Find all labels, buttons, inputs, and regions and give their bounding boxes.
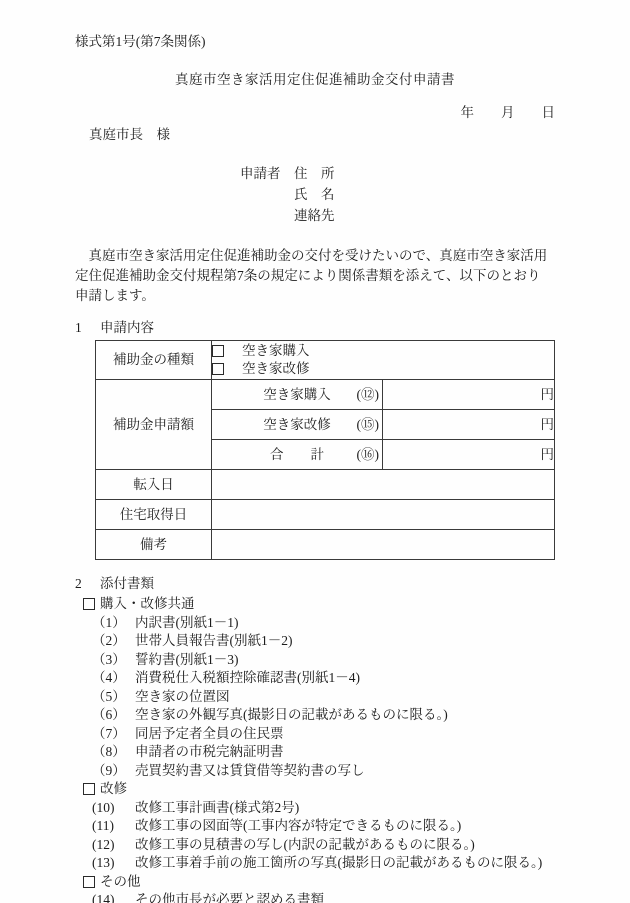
- amount-item-name: 合 計: [270, 447, 324, 462]
- amount-item-name: 空き家改修: [263, 417, 331, 432]
- item-number: （7）: [92, 725, 135, 744]
- item-text: 空き家の位置図: [135, 688, 230, 707]
- item-text: 空き家の外観写真(撮影日の記載があるものに限る。): [135, 706, 448, 725]
- amount-item-ref: (⑫): [357, 387, 380, 403]
- applicant-label: 申請者: [240, 163, 294, 226]
- section1-heading: 1申請内容: [75, 320, 555, 336]
- list-item: （7） 同居予定者全員の住民票: [92, 725, 555, 744]
- amount-input-cell-total: 円: [383, 440, 555, 470]
- item-text: 申請者の市税完納証明書: [135, 743, 284, 762]
- item-number: (14): [92, 891, 135, 903]
- acquisition-date-input-cell: [212, 500, 555, 530]
- table-row: 補助金の種類 空き家購入 空き家改修: [96, 341, 555, 380]
- list-item: （2） 世帯人員報告書(別紙1－2): [92, 632, 555, 651]
- list-item: (11) 改修工事の図面等(工事内容が特定できるものに限る。): [92, 817, 555, 836]
- remarks-input-cell: [212, 530, 555, 560]
- form-number: 様式第1号(第7条関係): [75, 34, 555, 50]
- body-line: 申請します。: [75, 286, 555, 306]
- item-text: 改修工事の見積書の写し(内訳の記載があるものに限る。): [135, 836, 475, 855]
- group-other: その他: [83, 873, 555, 892]
- applicant-block: 申請者 住 所 氏 名 連絡先: [240, 163, 555, 226]
- item-text: 同居予定者全員の住民票: [135, 725, 284, 744]
- checkbox-icon[interactable]: [212, 345, 224, 357]
- subsidy-option-label: 空き家改修: [242, 361, 310, 377]
- movein-date-label: 転入日: [96, 470, 212, 500]
- item-number: （3）: [92, 651, 135, 670]
- checkbox-icon[interactable]: [83, 783, 95, 795]
- section2-title: 添付書類: [100, 576, 154, 591]
- body-line: 定住促進補助金交付規程第7条の規定により関係書類を添えて、以下のとおり: [75, 266, 555, 286]
- acquisition-date-label: 住宅取得日: [96, 500, 212, 530]
- item-number: （5）: [92, 688, 135, 707]
- currency-unit: 円: [541, 447, 555, 462]
- checkbox-icon[interactable]: [83, 876, 95, 888]
- amount-item-name: 空き家購入: [263, 387, 331, 402]
- list-item: （9） 売買契約書又は賃貸借等契約書の写し: [92, 762, 555, 781]
- checkbox-icon[interactable]: [212, 363, 224, 375]
- amount-item-ref: (⑮): [357, 417, 380, 433]
- subsidy-option-renovation: 空き家改修: [212, 360, 554, 378]
- list-item: (12) 改修工事の見積書の写し(内訳の記載があるものに限る。): [92, 836, 555, 855]
- applicant-name-label: 氏 名: [294, 184, 335, 205]
- item-text: 誓約書(別紙1－3): [135, 651, 239, 670]
- table-row: 備考: [96, 530, 555, 560]
- section2-number: 2: [75, 576, 100, 592]
- item-number: （1）: [92, 614, 135, 633]
- list-item: （1） 内訳書(別紙1－1): [92, 614, 555, 633]
- item-text: 改修工事の図面等(工事内容が特定できるものに限る。): [135, 817, 461, 836]
- group-title-label: 購入・改修共通: [100, 595, 195, 614]
- addressee: 真庭市長 様: [89, 127, 555, 143]
- list-item: （5） 空き家の位置図: [92, 688, 555, 707]
- item-text: 改修工事着手前の施工箇所の写真(撮影日の記載があるものに限る。): [135, 854, 542, 873]
- body-line: 真庭市空き家活用定住促進補助金の交付を受けたいので、真庭市空き家活用: [75, 246, 555, 266]
- item-number: （8）: [92, 743, 135, 762]
- amount-input-cell-purchase: 円: [383, 380, 555, 410]
- table-row: 転入日: [96, 470, 555, 500]
- application-form-page: 様式第1号(第7条関係) 真庭市空き家活用定住促進補助金交付申請書 年 月 日 …: [0, 0, 630, 903]
- currency-unit: 円: [541, 387, 555, 402]
- subsidy-option-purchase: 空き家購入: [212, 342, 554, 360]
- checkbox-icon[interactable]: [83, 598, 95, 610]
- group-common: 購入・改修共通: [83, 595, 555, 614]
- amount-label: 補助金申請額: [96, 380, 212, 470]
- item-number: (10): [92, 799, 135, 818]
- list-item: (14) その他市長が必要と認める書類: [92, 891, 555, 903]
- group-renovation: 改修: [83, 780, 555, 799]
- section1-title: 申請内容: [100, 320, 154, 335]
- subsidy-type-label: 補助金の種類: [96, 341, 212, 380]
- table-row: 補助金申請額 空き家購入 (⑫) 円: [96, 380, 555, 410]
- group-title-label: その他: [100, 873, 141, 892]
- list-item: （6） 空き家の外観写真(撮影日の記載があるものに限る。): [92, 706, 555, 725]
- list-item: (10) 改修工事計画書(様式第2号): [92, 799, 555, 818]
- item-number: (13): [92, 854, 135, 873]
- group-title-label: 改修: [100, 780, 127, 799]
- item-number: （4）: [92, 669, 135, 688]
- list-item: （4） 消費税仕入税額控除確認書(別紙1－4): [92, 669, 555, 688]
- list-item: （3） 誓約書(別紙1－3): [92, 651, 555, 670]
- applicant-contact-label: 連絡先: [294, 205, 335, 226]
- amount-input-cell-renovation: 円: [383, 410, 555, 440]
- list-item: (13) 改修工事着手前の施工箇所の写真(撮影日の記載があるものに限る。): [92, 854, 555, 873]
- list-item: （8） 申請者の市税完納証明書: [92, 743, 555, 762]
- amount-item-purchase: 空き家購入 (⑫): [212, 380, 383, 410]
- item-text: 改修工事計画書(様式第2号): [135, 799, 299, 818]
- item-text: 内訳書(別紙1－1): [135, 614, 239, 633]
- item-text: 消費税仕入税額控除確認書(別紙1－4): [135, 669, 360, 688]
- applicant-fields: 住 所 氏 名 連絡先: [294, 163, 335, 226]
- table-row: 住宅取得日: [96, 500, 555, 530]
- item-number: (12): [92, 836, 135, 855]
- item-number: （9）: [92, 762, 135, 781]
- item-number: （2）: [92, 632, 135, 651]
- remarks-label: 備考: [96, 530, 212, 560]
- item-number: （6）: [92, 706, 135, 725]
- currency-unit: 円: [541, 417, 555, 432]
- attachment-list: 購入・改修共通 （1） 内訳書(別紙1－1) （2） 世帯人員報告書(別紙1－2…: [75, 595, 555, 903]
- section2-heading: 2添付書類: [75, 576, 555, 592]
- subsidy-option-label: 空き家購入: [242, 343, 310, 359]
- applicant-address-label: 住 所: [294, 163, 335, 184]
- subsidy-type-options-cell: 空き家購入 空き家改修: [212, 341, 555, 380]
- amount-item-total: 合 計 (⑯): [212, 440, 383, 470]
- application-table: 補助金の種類 空き家購入 空き家改修 補助金申請額 空き家購入 (⑫) 円: [95, 340, 555, 560]
- item-text: 売買契約書又は賃貸借等契約書の写し: [135, 762, 365, 781]
- movein-date-input-cell: [212, 470, 555, 500]
- amount-item-renovation: 空き家改修 (⑮): [212, 410, 383, 440]
- item-number: (11): [92, 817, 135, 836]
- page-title: 真庭市空き家活用定住促進補助金交付申請書: [75, 72, 555, 88]
- date-line: 年 月 日: [75, 105, 555, 121]
- item-text: 世帯人員報告書(別紙1－2): [135, 632, 293, 651]
- item-text: その他市長が必要と認める書類: [135, 891, 324, 903]
- section1-number: 1: [75, 320, 100, 336]
- amount-item-ref: (⑯): [357, 447, 380, 463]
- body-paragraph: 真庭市空き家活用定住促進補助金の交付を受けたいので、真庭市空き家活用 定住促進補…: [75, 246, 555, 306]
